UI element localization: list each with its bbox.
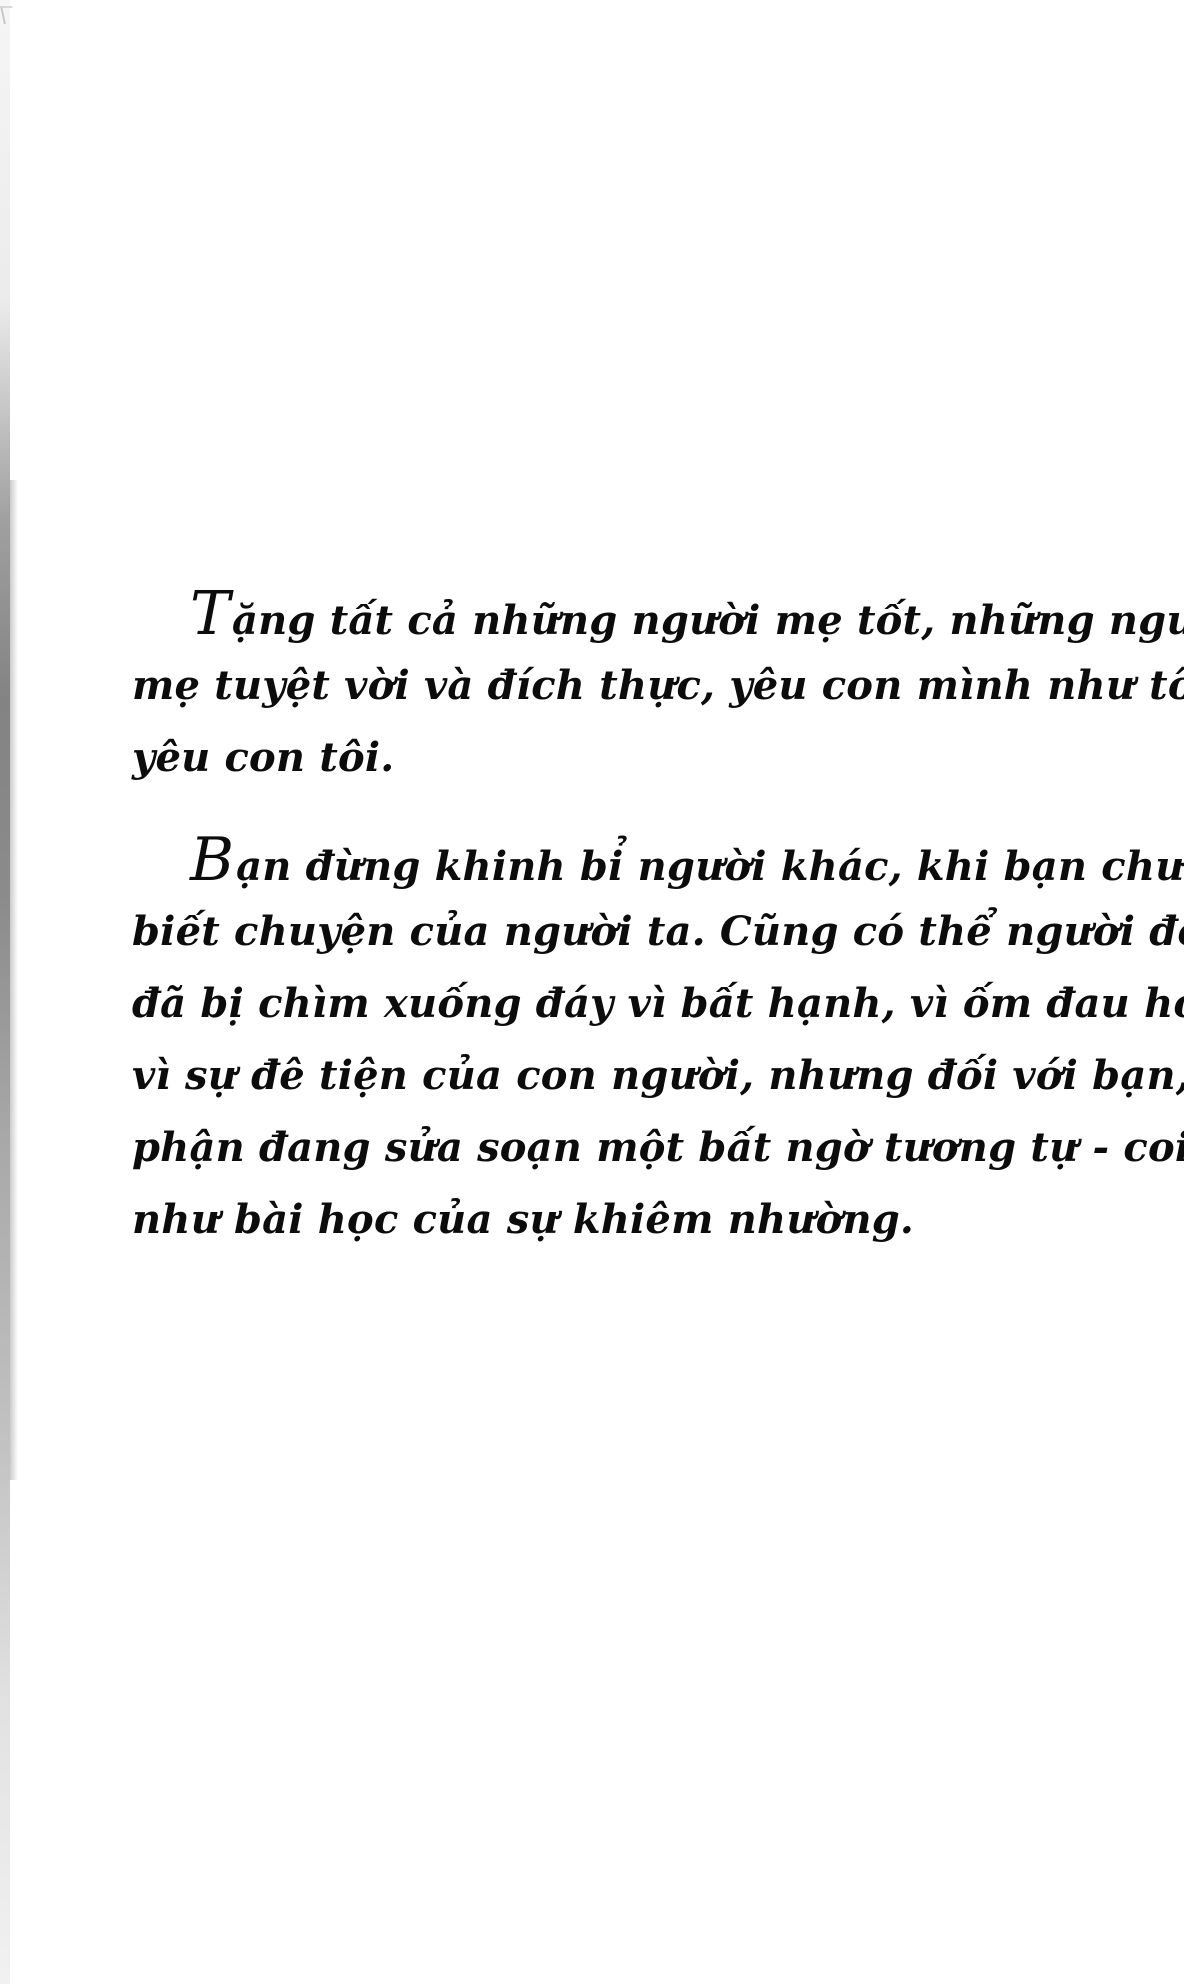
epigraph-line-2: biết chuyện của người ta. Cũng có thể ng… [132, 896, 1052, 968]
epigraph-line-1-text: ạn đừng khinh bỉ người khác, khi bạn chư… [236, 843, 1184, 890]
dedication-text-block: Tặng tất cả những người mẹ tốt, những ng… [132, 578, 1052, 1256]
epigraph-line-1: Bạn đừng khinh bỉ người khác, khi bạn ch… [132, 824, 1052, 896]
dedication-line-1-text: ặng tất cả những người mẹ tốt, những ngư… [232, 597, 1184, 644]
scan-binding-edge [0, 0, 10, 1984]
epigraph-paragraph: Bạn đừng khinh bỉ người khác, khi bạn ch… [132, 824, 1052, 1256]
epigraph-line-4: vì sự đê tiện của con người, nhưng đối v… [132, 1040, 1052, 1112]
epigraph-line-3: đã bị chìm xuống đáy vì bất hạnh, vì ốm … [132, 968, 1052, 1040]
epigraph-line-5: phận đang sửa soạn một bất ngờ tương tự … [132, 1112, 1052, 1184]
page-corner-mark [0, 6, 16, 24]
epigraph-drop-cap: B [190, 825, 236, 895]
dedication-paragraph: Tặng tất cả những người mẹ tốt, những ng… [132, 578, 1052, 794]
dedication-drop-cap: T [190, 579, 232, 649]
scan-edge-shadow [10, 480, 18, 1480]
dedication-line-1: Tặng tất cả những người mẹ tốt, những ng… [132, 578, 1052, 650]
epigraph-line-6: như bài học của sự khiêm nhường. [132, 1184, 1052, 1256]
dedication-line-2: mẹ tuyệt vời và đích thực, yêu con mình … [132, 650, 1052, 722]
book-page: Tặng tất cả những người mẹ tốt, những ng… [0, 0, 1184, 1984]
dedication-line-3: yêu con tôi. [132, 722, 1052, 794]
